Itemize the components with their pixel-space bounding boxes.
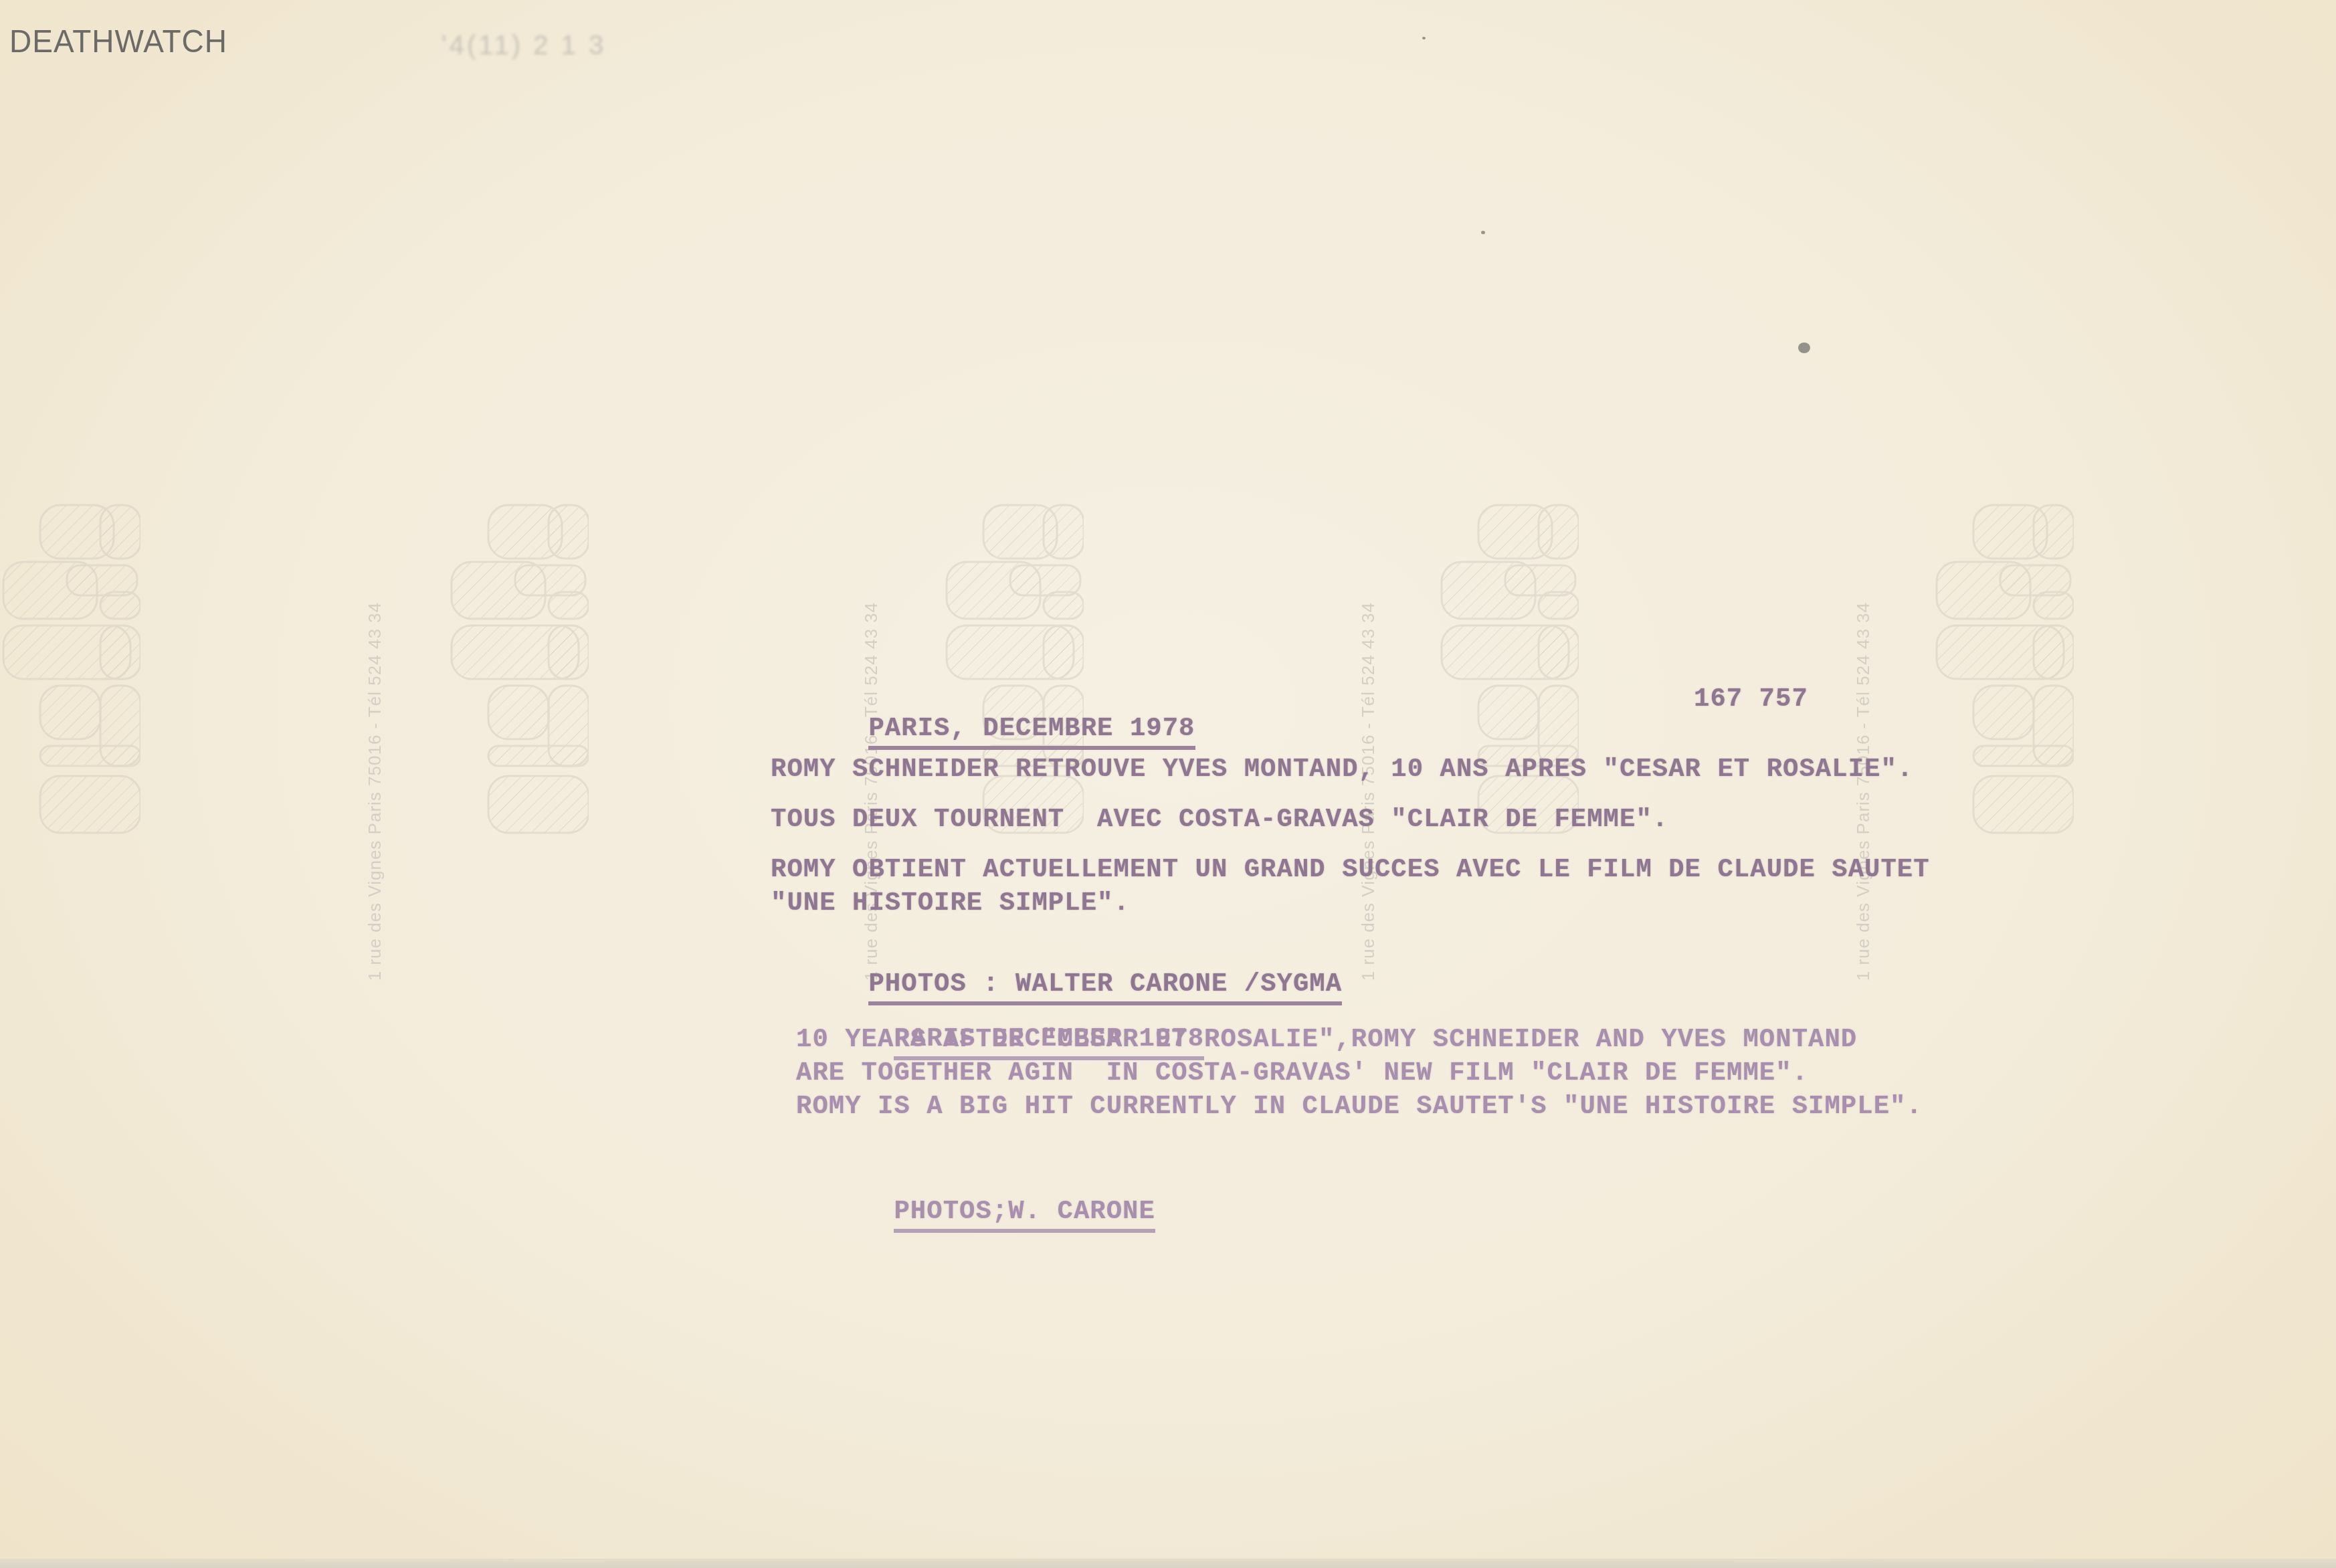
watermark-caption: 1 rue des Vignes Paris 75016 - Tél 524 4… — [1853, 602, 1874, 981]
watermark-caption: 1 rue des Vignes Paris 75016 - Tél 524 4… — [1358, 602, 1379, 981]
dust-speck — [1422, 37, 1426, 39]
caption-fr-line: TOUS DEUX TOURNENT AVEC COSTA-GRAVAS "CL… — [771, 805, 1668, 834]
watermark-caption: 1 rue des Vignes Paris 75016 - Tél 524 4… — [861, 602, 882, 981]
caption-en-line: ROMY IS A BIG HIT CURRENTLY IN CLAUDE SA… — [796, 1092, 1923, 1121]
watermark-caption: 1 rue des Vignes Paris 75016 - Tél 524 4… — [365, 602, 385, 981]
dust-speck — [1798, 342, 1810, 353]
faint-pencil-mark: '4(11) 2 1 3 — [442, 31, 606, 61]
photo-back-paper: DEATHWATCH '4(11) 2 1 3 1 rue des Vignes… — [0, 0, 2336, 1568]
photo-credit-en: PHOTOS;W. CARONE — [796, 1167, 1155, 1256]
sygma-logo-icon — [1933, 492, 2074, 1027]
reference-number: 167 757 — [1694, 684, 1808, 714]
caption-fr-line: "UNE HISTOIRE SIMPLE". — [771, 888, 1130, 918]
sygma-logo-icon — [448, 492, 589, 1027]
sygma-logo-icon — [0, 492, 140, 1027]
paper-bottom-edge — [0, 1559, 2336, 1568]
caption-en-line: ARE TOGETHER AGIN IN COSTA-GRAVAS' NEW F… — [796, 1058, 1808, 1088]
caption-en-line: 10 YEARS AFTER "CESAR ET ROSALIE",ROMY S… — [796, 1025, 1857, 1054]
caption-fr-line: ROMY OBTIENT ACTUELLEMENT UN GRAND SUCCE… — [771, 855, 1930, 884]
dust-speck — [1481, 231, 1485, 234]
deathwatch-stamp: DEATHWATCH — [9, 22, 227, 60]
caption-fr-line: ROMY SCHNEIDER RETROUVE YVES MONTAND, 10… — [771, 755, 1913, 784]
